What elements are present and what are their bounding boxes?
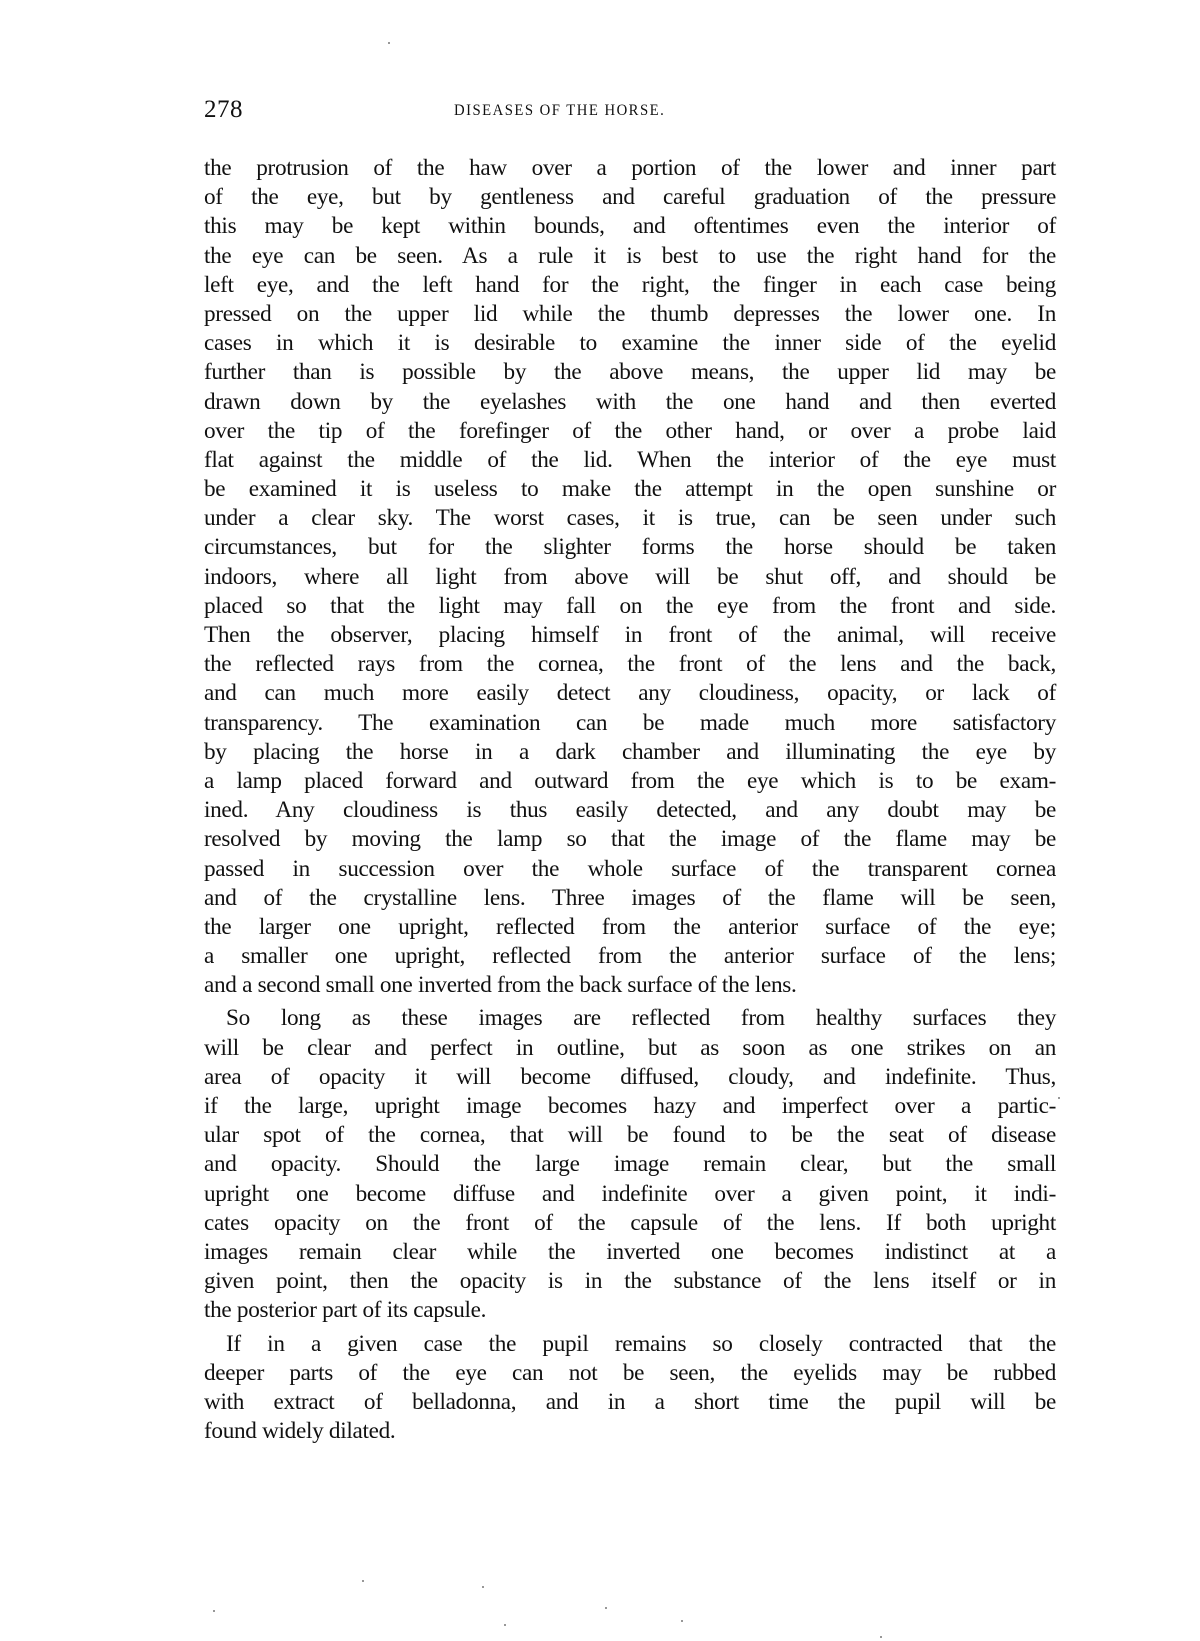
text-line: under a clear sky. The worst cases, it i… — [204, 504, 1056, 533]
text-line: flat against the middle of the lid. When… — [204, 446, 1056, 475]
text-line: upright one become diffuse and indefinit… — [204, 1180, 1056, 1209]
running-head: 278 DISEASES OF THE HORSE. — [204, 96, 1064, 136]
text-line: left eye, and the left hand for the righ… — [204, 271, 1056, 300]
text-line: a lamp placed forward and outward from t… — [204, 767, 1056, 796]
text-line: by placing the horse in a dark chamber a… — [204, 738, 1056, 767]
text-line: circumstances, but for the slighter form… — [204, 533, 1056, 562]
scan-speck — [362, 1580, 364, 1582]
text-line: this may be kept within bounds, and ofte… — [204, 212, 1056, 241]
text-line: if the large, upright image becomes hazy… — [204, 1092, 1056, 1121]
text-line: deeper parts of the eye can not be seen,… — [204, 1359, 1056, 1388]
text-line: be examined it is useless to make the at… — [204, 475, 1056, 504]
text-line: given point, then the opacity is in the … — [204, 1267, 1056, 1296]
scan-speck — [880, 1636, 882, 1638]
text-line: the reflected rays from the cornea, the … — [204, 650, 1056, 679]
scan-speck — [1058, 1097, 1060, 1099]
text-line: further than is possible by the above me… — [204, 358, 1056, 387]
body-text: the protrusion of the haw over a portion… — [204, 154, 1056, 1446]
text-line: drawn down by the eyelashes with the one… — [204, 388, 1056, 417]
text-line: found widely dilated. — [204, 1417, 1056, 1446]
text-line: passed in succession over the whole surf… — [204, 855, 1056, 884]
paragraph-1: the protrusion of the haw over a portion… — [204, 154, 1056, 1000]
book-page: 278 DISEASES OF THE HORSE. the protrusio… — [0, 0, 1200, 1641]
text-line: with extract of belladonna, and in a sho… — [204, 1388, 1056, 1417]
text-line: and can much more easily detect any clou… — [204, 679, 1056, 708]
text-line: and a second small one inverted from the… — [204, 971, 1056, 1000]
scan-speck — [482, 1586, 484, 1588]
text-line: So long as these images are reflected fr… — [204, 1004, 1056, 1033]
text-line: Then the observer, placing himself in fr… — [204, 621, 1056, 650]
text-line: ined. Any cloudiness is thus easily dete… — [204, 796, 1056, 825]
text-line: will be clear and perfect in outline, bu… — [204, 1034, 1056, 1063]
text-line: transparency. The examination can be mad… — [204, 709, 1056, 738]
text-line: cases in which it is desirable to examin… — [204, 329, 1056, 358]
page-number: 278 — [204, 96, 243, 124]
text-line: pressed on the upper lid while the thumb… — [204, 300, 1056, 329]
scan-speck — [388, 42, 390, 44]
text-line: the eye can be seen. As a rule it is bes… — [204, 242, 1056, 271]
text-line: If in a given case the pupil remains so … — [204, 1330, 1056, 1359]
text-line: resolved by moving the lamp so that the … — [204, 825, 1056, 854]
text-line: over the tip of the forefinger of the ot… — [204, 417, 1056, 446]
text-line: area of opacity it will become diffused,… — [204, 1063, 1056, 1092]
text-line: the posterior part of its capsule. — [204, 1296, 1056, 1325]
text-line: and of the crystalline lens. Three image… — [204, 884, 1056, 913]
text-line: the larger one upright, reflected from t… — [204, 913, 1056, 942]
paragraph-2: So long as these images are reflected fr… — [204, 1004, 1056, 1325]
scan-speck — [681, 1620, 683, 1622]
text-line: cates opacity on the front of the capsul… — [204, 1209, 1056, 1238]
text-line: of the eye, but by gentleness and carefu… — [204, 183, 1056, 212]
text-line: ular spot of the cornea, that will be fo… — [204, 1121, 1056, 1150]
running-title: DISEASES OF THE HORSE. — [454, 102, 665, 120]
scan-speck — [213, 1610, 215, 1612]
text-line: the protrusion of the haw over a portion… — [204, 154, 1056, 183]
paragraph-3: If in a given case the pupil remains so … — [204, 1330, 1056, 1447]
scan-speck — [605, 1607, 607, 1609]
text-line: indoors, where all light from above will… — [204, 563, 1056, 592]
text-line: placed so that the light may fall on the… — [204, 592, 1056, 621]
text-line: and opacity. Should the large image rema… — [204, 1150, 1056, 1179]
text-line: a smaller one upright, reflected from th… — [204, 942, 1056, 971]
scan-speck — [504, 1624, 506, 1626]
text-line: images remain clear while the inverted o… — [204, 1238, 1056, 1267]
